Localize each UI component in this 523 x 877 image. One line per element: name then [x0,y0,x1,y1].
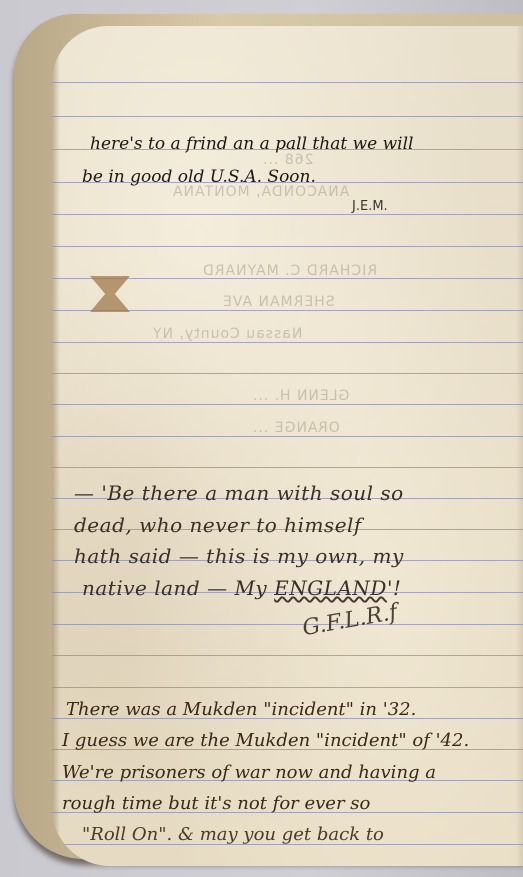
entry-3-line-3: We're prisoners of war now and having a [62,762,436,783]
entry-2-line-3: hath said — this is my own, my [74,544,404,568]
rule-line [52,214,523,215]
rule-line [52,342,523,343]
entry-3-line-2: I guess we are the Mukden "incident" of … [62,730,469,751]
notebook: 268 ... ANACONDA, MONTANA RICHARD C. MAY… [14,14,523,859]
bleed-through-line: Nassau County, NY [152,326,302,342]
ink-stain [90,276,130,312]
rule-line [52,116,523,117]
entry-3-line-4: rough time but it's not for ever so [62,793,370,814]
entry-1-line-2: be in good old U.S.A. Soon. [82,167,316,187]
entry-2-signature: G.F.L.R.f [301,600,400,641]
entry-1-line-1: here's to a frind an a pall that we will [90,134,413,154]
bleed-through-line: GLENN H. ... [252,388,349,404]
entry-2-emphasis: ENGLAND [274,576,387,600]
entry-1-initials: J.E.M. [352,199,388,214]
rule-line [52,82,523,83]
entry-2-closing: '! [387,576,402,600]
page-edge-shadow-left [52,26,60,866]
rule-line [52,404,523,405]
bleed-through-line: ORANGE ... [252,420,340,436]
entry-3-line-1: There was a Mukden "incident" in '32. [66,699,416,720]
entry-2-line-4: native land — My ENGLAND'! [82,576,401,600]
rule-line [52,687,523,688]
rule-line [52,467,523,468]
page-binding-shadow [516,26,523,866]
bleed-through-line: RICHARD C. MAYNARD [202,263,377,279]
entry-2-line-1: — 'Be there a man with soul so [74,481,404,505]
rule-line [52,624,523,625]
entry-2-line-4-text: native land — My [82,576,267,600]
entry-2-line-2: dead, who never to himself [74,513,362,537]
rule-line [52,373,523,374]
rule-line [52,246,523,247]
bleed-through-line: SHERMAN AVE [222,294,335,310]
rule-line [52,436,523,437]
bleed-through-line: 268 ... [262,152,314,168]
notebook-page: 268 ... ANACONDA, MONTANA RICHARD C. MAY… [52,26,523,866]
entry-3-line-5: "Roll On". & may you get back to [82,824,384,845]
rule-line [52,655,523,656]
